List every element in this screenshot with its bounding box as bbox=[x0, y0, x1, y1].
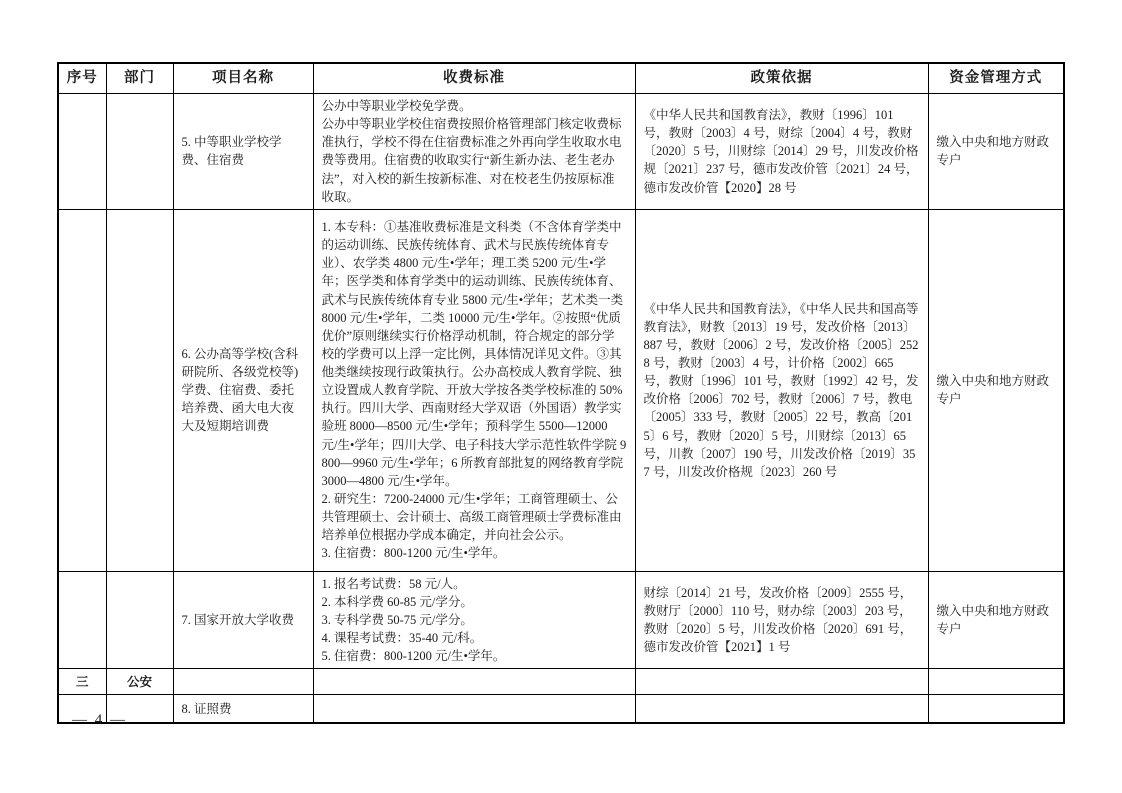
cell-fund-management: 缴入中央和地方财政专户 bbox=[928, 94, 1064, 210]
cell-fee-standard: 公办中等职业学校免学费。 公办中等职业学校住宿费按照价格管理部门核定收费标准执行… bbox=[313, 94, 635, 210]
table-header-row: 序号 部门 项目名称 收费标准 政策依据 资金管理方式 bbox=[58, 63, 1064, 94]
table-row: 6. 公办高等学校(含科研院所、各级党校等)学费、住宿费、委托培养费、函大电大夜… bbox=[58, 209, 1064, 571]
cell-fund-management: 缴入中央和地方财政专户 bbox=[928, 209, 1064, 571]
cell-policy-basis bbox=[635, 695, 928, 723]
table-row: 5. 中等职业学校学费、住宿费 公办中等职业学校免学费。 公办中等职业学校住宿费… bbox=[58, 94, 1064, 210]
cell-serial bbox=[58, 571, 106, 669]
cell-department: 公安 bbox=[106, 669, 173, 695]
cell-policy-basis: 《中华人民共和国教育法》，《中华人民共和国高等教育法》，财教〔2013〕19 号… bbox=[635, 209, 928, 571]
cell-project-name: 8. 证照费 bbox=[173, 695, 313, 723]
cell-serial: 三 bbox=[58, 669, 106, 695]
cell-fee-standard bbox=[313, 669, 635, 695]
table-row: 8. 证照费 bbox=[58, 695, 1064, 723]
column-header-fund-management: 资金管理方式 bbox=[928, 63, 1064, 94]
column-header-fee-standard: 收费标准 bbox=[313, 63, 635, 94]
cell-project-name: 5. 中等职业学校学费、住宿费 bbox=[173, 94, 313, 210]
column-header-serial: 序号 bbox=[58, 63, 106, 94]
page-number: — 4 — bbox=[72, 712, 127, 729]
cell-department bbox=[106, 94, 173, 210]
fee-schedule-table: 序号 部门 项目名称 收费标准 政策依据 资金管理方式 5. 中等职业学校学费、… bbox=[57, 62, 1065, 724]
column-header-policy-basis: 政策依据 bbox=[635, 63, 928, 94]
column-header-project-name: 项目名称 bbox=[173, 63, 313, 94]
cell-policy-basis: 《中华人民共和国教育法》，教财〔1996〕101 号，教财〔2003〕4 号，财… bbox=[635, 94, 928, 210]
cell-department bbox=[106, 571, 173, 669]
cell-policy-basis bbox=[635, 669, 928, 695]
cell-project-name: 6. 公办高等学校(含科研院所、各级党校等)学费、住宿费、委托培养费、函大电大夜… bbox=[173, 209, 313, 571]
table-row-section-public-security: 三 公安 bbox=[58, 669, 1064, 695]
cell-fund-management: 缴入中央和地方财政专户 bbox=[928, 571, 1064, 669]
cell-fund-management bbox=[928, 669, 1064, 695]
document-page: 序号 部门 项目名称 收费标准 政策依据 资金管理方式 5. 中等职业学校学费、… bbox=[0, 0, 1122, 793]
cell-project-name: 7. 国家开放大学收费 bbox=[173, 571, 313, 669]
cell-fee-standard bbox=[313, 695, 635, 723]
column-header-department: 部门 bbox=[106, 63, 173, 94]
cell-fee-standard: 1. 报名考试费：58 元/人。 2. 本科学费 60-85 元/学分。 3. … bbox=[313, 571, 635, 669]
table-row: 7. 国家开放大学收费 1. 报名考试费：58 元/人。 2. 本科学费 60-… bbox=[58, 571, 1064, 669]
cell-fee-standard: 1. 本专科：①基准收费标准是文科类（不含体育学类中的运动训练、民族传统体育、武… bbox=[313, 209, 635, 571]
cell-department bbox=[106, 209, 173, 571]
cell-serial bbox=[58, 209, 106, 571]
cell-serial bbox=[58, 94, 106, 210]
cell-fund-management bbox=[928, 695, 1064, 723]
cell-project-name bbox=[173, 669, 313, 695]
cell-policy-basis: 财综〔2014〕21 号，发改价格〔2009〕2555 号，教财厅〔2000〕1… bbox=[635, 571, 928, 669]
